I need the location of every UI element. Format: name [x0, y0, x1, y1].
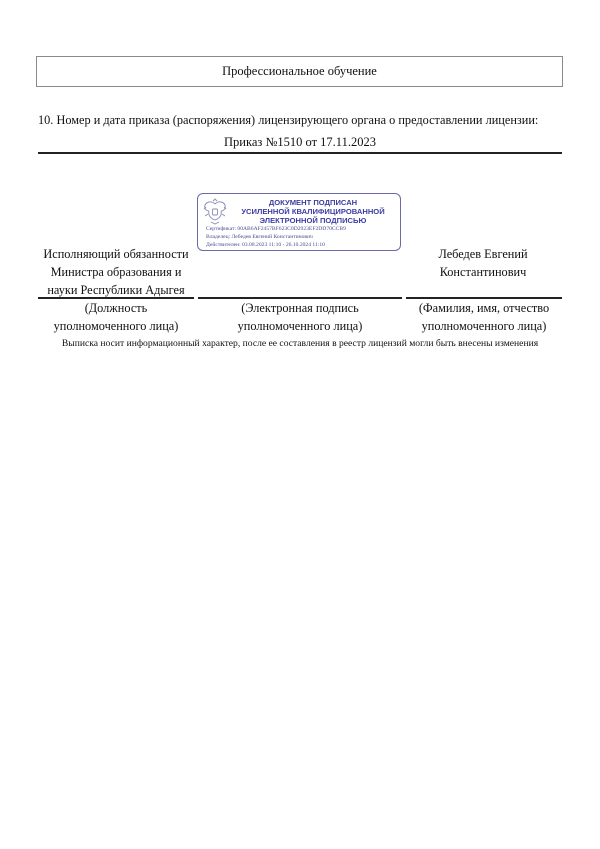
- name-line: Константинович: [405, 263, 561, 281]
- position-line: Министра образования и: [38, 263, 194, 281]
- order-value: Приказ №1510 от 17.11.2023: [0, 135, 600, 150]
- order-question-label: 10. Номер и дата приказа (распоряжения) …: [38, 113, 538, 128]
- activity-title: Профессиональное обучение: [222, 64, 377, 79]
- caption-line: уполномоченного лица): [198, 317, 402, 335]
- signatory-position: Исполняющий обязанности Министра образов…: [38, 245, 194, 299]
- caption-line: (Электронная подпись: [198, 299, 402, 317]
- signatory-name: Лебедев Евгений Константинович: [405, 245, 561, 281]
- caption-line: (Фамилия, имя, отчество: [402, 299, 566, 317]
- position-line: Исполняющий обязанности: [38, 245, 194, 263]
- stamp-certificate: Сертификат: 00AB6AF2457BF623C0D2923EF2DD…: [206, 226, 346, 232]
- caption-line: (Должность: [38, 299, 194, 317]
- caption-line: уполномоченного лица): [402, 317, 566, 335]
- stamp-title-line: ЭЛЕКТРОННОЙ ПОДПИСЬЮ: [228, 216, 398, 225]
- caption-position: (Должность уполномоченного лица): [38, 299, 194, 335]
- caption-line: уполномоченного лица): [38, 317, 194, 335]
- stamp-title: ДОКУМЕНТ ПОДПИСАН УСИЛЕННОЙ КВАЛИФИЦИРОВ…: [228, 198, 398, 225]
- footer-note: Выписка носит информационный характер, п…: [0, 338, 600, 349]
- stamp-owner: Владелец: Лебедев Евгений Константинович: [206, 234, 313, 240]
- electronic-signature-stamp: ДОКУМЕНТ ПОДПИСАН УСИЛЕННОЙ КВАЛИФИЦИРОВ…: [197, 193, 401, 251]
- caption-name: (Фамилия, имя, отчество уполномоченного …: [402, 299, 566, 335]
- name-line: Лебедев Евгений: [405, 245, 561, 263]
- stamp-validity: Действителен: 03.08.2023 11:10 - 26.10.2…: [206, 242, 325, 248]
- order-divider: [38, 152, 562, 154]
- caption-signature: (Электронная подпись уполномоченного лиц…: [198, 299, 402, 335]
- stamp-title-line: ДОКУМЕНТ ПОДПИСАН: [228, 198, 398, 207]
- coat-of-arms-icon: [202, 198, 228, 226]
- activity-title-box: Профессиональное обучение: [36, 56, 563, 87]
- stamp-title-line: УСИЛЕННОЙ КВАЛИФИЦИРОВАННОЙ: [228, 207, 398, 216]
